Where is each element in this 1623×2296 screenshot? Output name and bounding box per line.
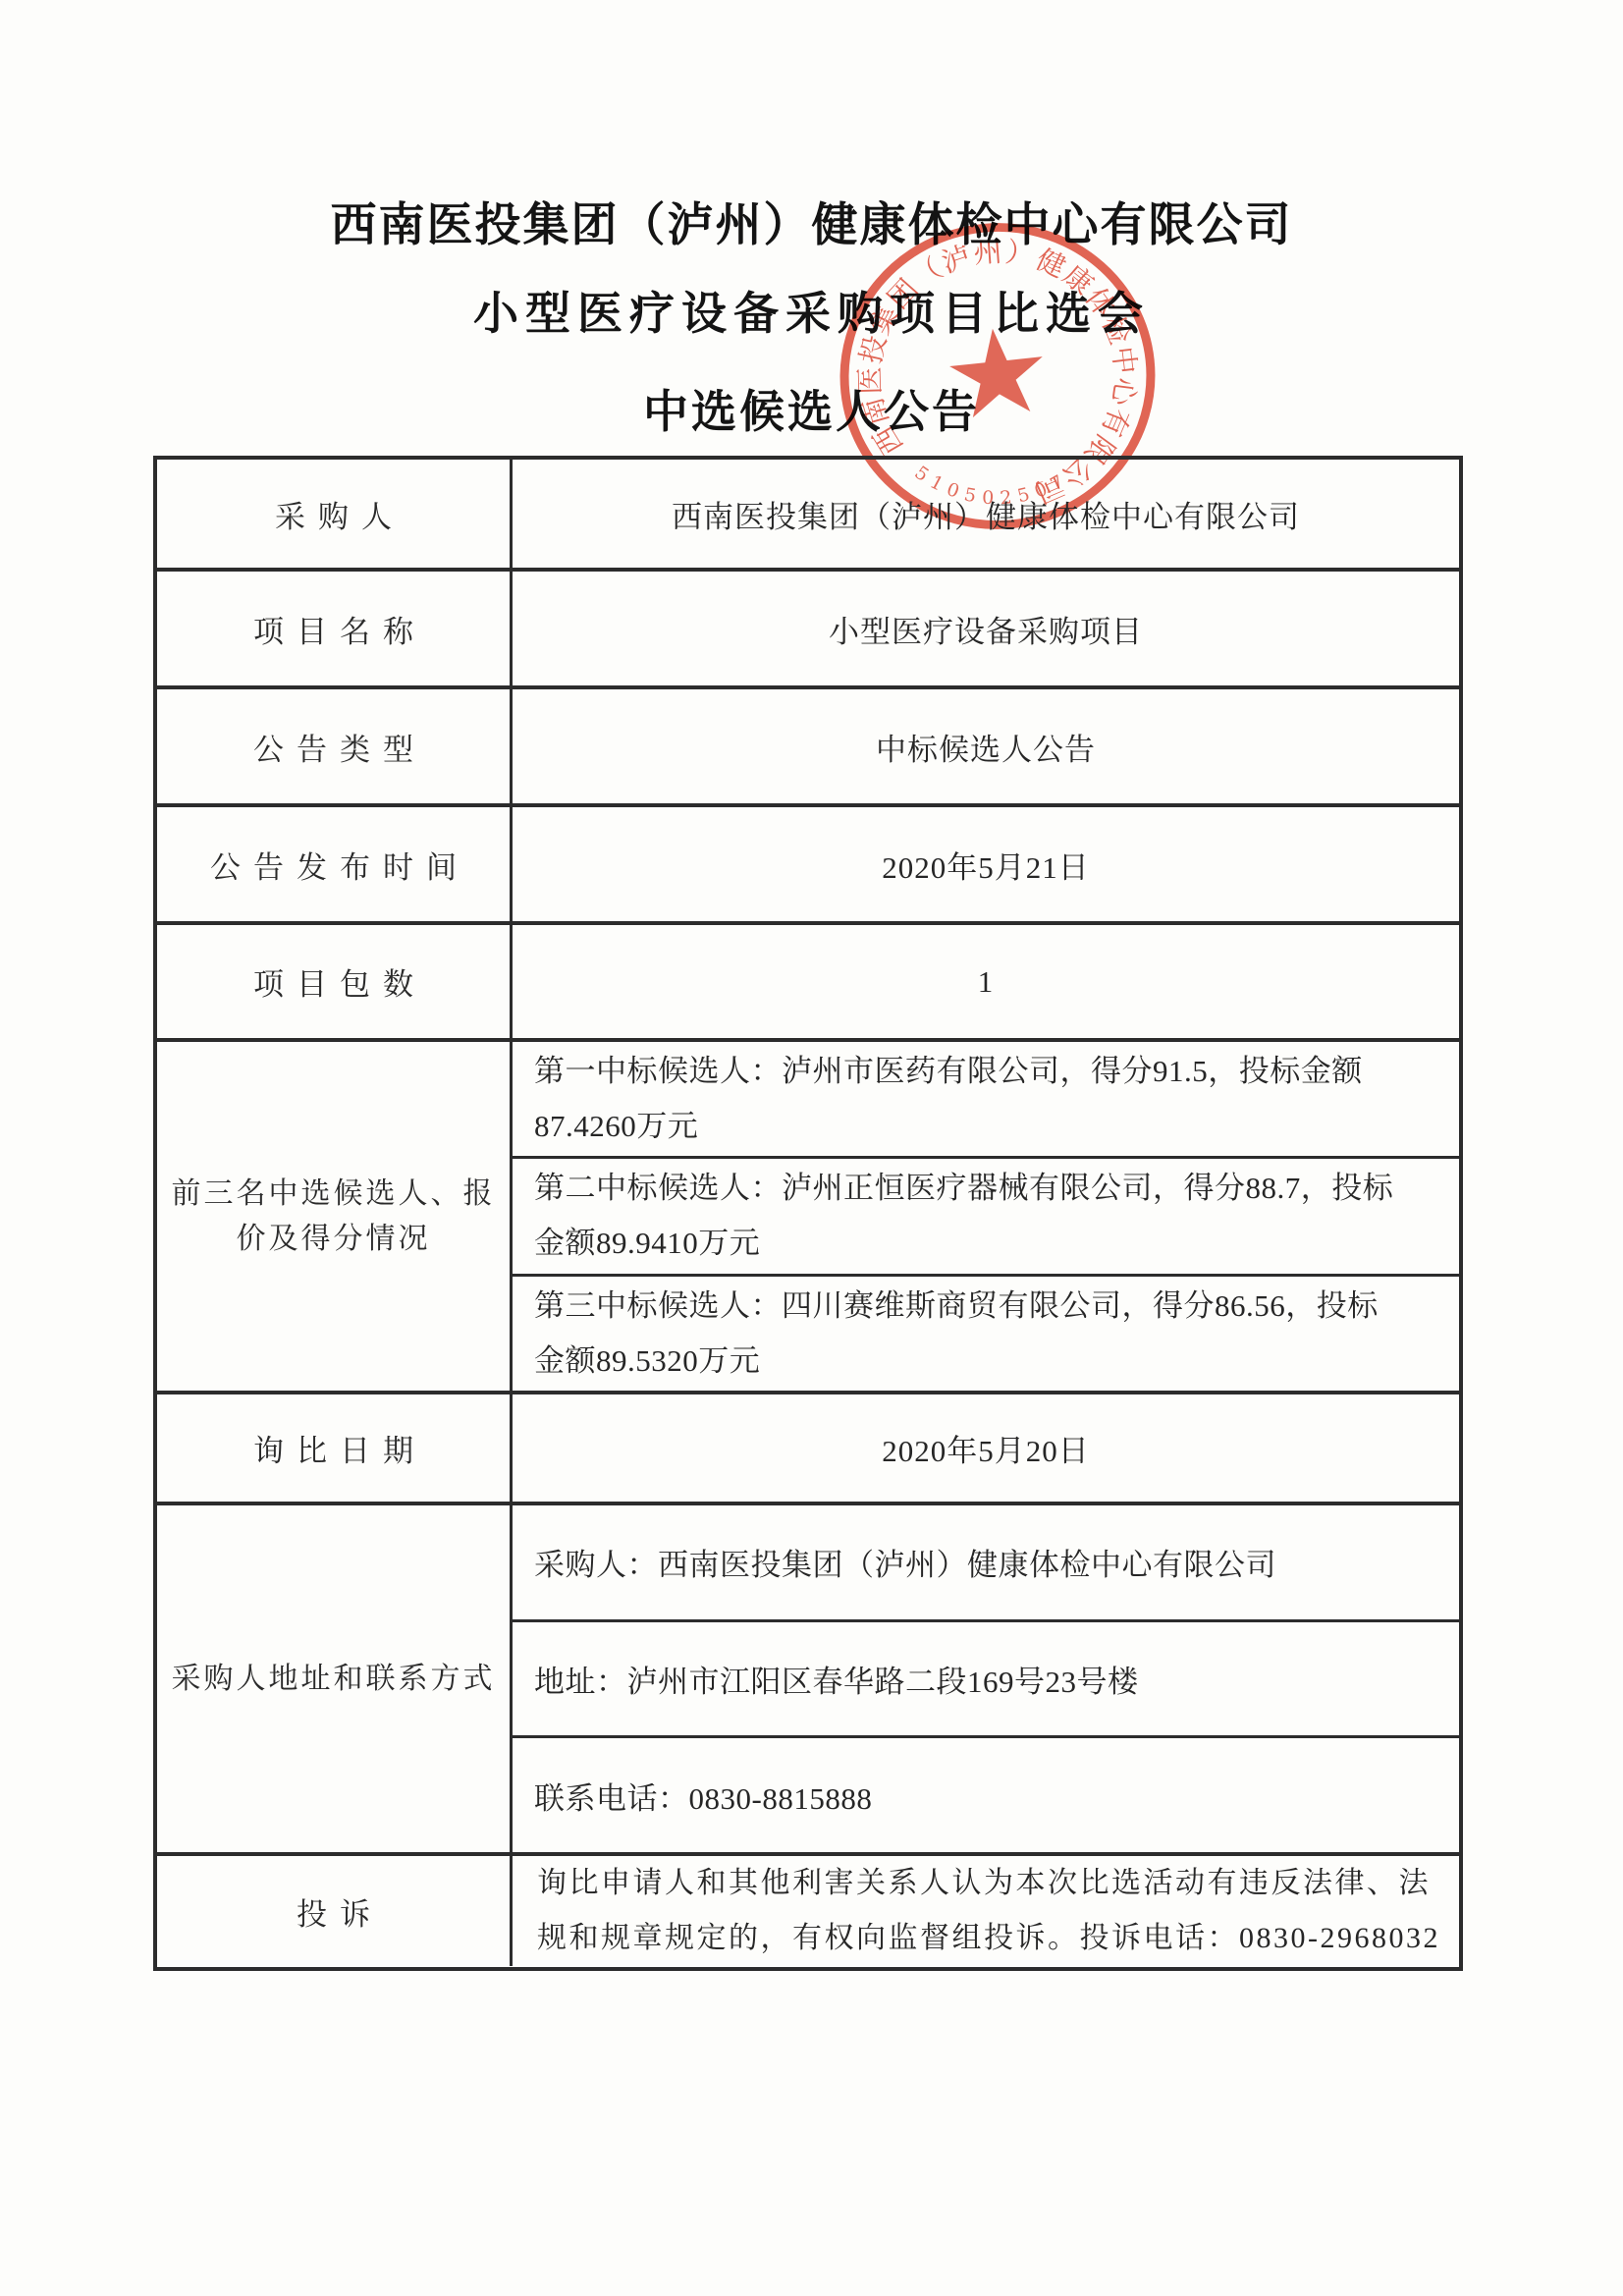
table-row-publish-date: 公告发布时间 2020年5月21日 — [157, 803, 1459, 921]
candidate-3-line2: 金额89.5320万元 — [534, 1334, 1379, 1389]
contact-address-text: 地址：泸州市江阳区春华路二段169号23号楼 — [513, 1657, 1139, 1701]
candidate-2-line2: 金额89.9410万元 — [534, 1216, 1393, 1271]
row-label: 项目名称 — [241, 607, 426, 651]
table-row-inquiry-date: 询比日期 2020年5月20日 — [157, 1391, 1459, 1502]
row-label: 公告发布时间 — [197, 843, 469, 887]
complaint-line1: 询比申请人和其他利害关系人认为本次比选活动有违反法律、法 — [537, 1856, 1440, 1911]
scanned-announcement-page: 西南医投集团（泸州）健康体检中心有限公司 小型医疗设备采购项目比选会 中选候选人… — [0, 0, 1623, 2296]
page-title-line1: 西南医投集团（泸州）健康体检中心有限公司 — [0, 189, 1623, 254]
candidate-3-line1: 第三中标候选人：四川赛维斯商贸有限公司，得分86.56，投标 — [534, 1279, 1379, 1334]
row-label: 项目包数 — [241, 959, 426, 1004]
row-label: 采购人地址和联系方式 — [164, 1657, 504, 1702]
candidate-row-3: 第三中标候选人：四川赛维斯商贸有限公司，得分86.56，投标 金额89.5320… — [513, 1274, 1459, 1391]
candidate-row-2: 第二中标候选人：泸州正恒医疗器械有限公司，得分88.7，投标 金额89.9410… — [513, 1156, 1459, 1273]
page-title-line2: 小型医疗设备采购项目比选会 — [0, 278, 1623, 343]
contact-row-address: 地址：泸州市江阳区春华路二段169号23号楼 — [513, 1619, 1459, 1736]
table-row-contact-info: 采购人地址和联系方式 采购人：西南医投集团（泸州）健康体检中心有限公司 地址：泸… — [157, 1502, 1459, 1852]
row-label: 采购人 — [262, 492, 405, 536]
contact-row-phone: 联系电话：0830-8815888 — [513, 1735, 1459, 1852]
table-row-package-count: 项目包数 1 — [157, 921, 1459, 1038]
row-value: 1 — [978, 964, 995, 1000]
row-label: 前三名中选候选人、报价及得分情况 — [157, 1172, 510, 1262]
row-label: 投诉 — [284, 1889, 383, 1934]
candidate-2-line1: 第二中标候选人：泸州正恒医疗器械有限公司，得分88.7，投标 — [534, 1161, 1393, 1216]
table-row-top-candidates: 前三名中选候选人、报价及得分情况 第一中标候选人：泸州市医药有限公司，得分91.… — [157, 1038, 1459, 1391]
table-row-announcement-type: 公告类型 中标候选人公告 — [157, 685, 1459, 803]
row-value: 2020年5月20日 — [882, 1426, 1090, 1470]
row-label: 询比日期 — [241, 1426, 426, 1470]
contact-purchaser-text: 采购人：西南医投集团（泸州）健康体检中心有限公司 — [513, 1540, 1276, 1584]
row-value: 中标候选人公告 — [876, 725, 1096, 769]
contact-row-purchaser: 采购人：西南医投集团（泸州）健康体检中心有限公司 — [513, 1505, 1459, 1619]
row-value: 2020年5月21日 — [882, 843, 1090, 887]
table-row-complaint: 投诉 询比申请人和其他利害关系人认为本次比选活动有违反法律、法 规和规章规定的，… — [157, 1852, 1459, 1966]
page-title-line3: 中选候选人公告 — [0, 376, 1623, 441]
row-value: 小型医疗设备采购项目 — [829, 607, 1143, 651]
row-value: 西南医投集团（泸州）健康体检中心有限公司 — [672, 492, 1300, 536]
contact-phone-text: 联系电话：0830-8815888 — [513, 1774, 872, 1818]
candidate-1-line2: 87.4260万元 — [534, 1099, 1363, 1154]
announcement-table: 采购人 西南医投集团（泸州）健康体检中心有限公司 项目名称 小型医疗设备采购项目… — [153, 456, 1463, 1971]
row-label: 公告类型 — [241, 725, 426, 769]
complaint-line2: 规和规章规定的，有权向监督组投诉。投诉电话：0830-2968032 — [537, 1911, 1440, 1966]
seal-star-icon — [947, 324, 1049, 419]
table-row-project-name: 项目名称 小型医疗设备采购项目 — [157, 568, 1459, 685]
candidate-1-line1: 第一中标候选人：泸州市医药有限公司，得分91.5，投标金额 — [534, 1044, 1363, 1099]
candidate-row-1: 第一中标候选人：泸州市医药有限公司，得分91.5，投标金额 87.4260万元 — [513, 1042, 1459, 1156]
table-row-purchaser: 采购人 西南医投集团（泸州）健康体检中心有限公司 — [157, 460, 1459, 568]
